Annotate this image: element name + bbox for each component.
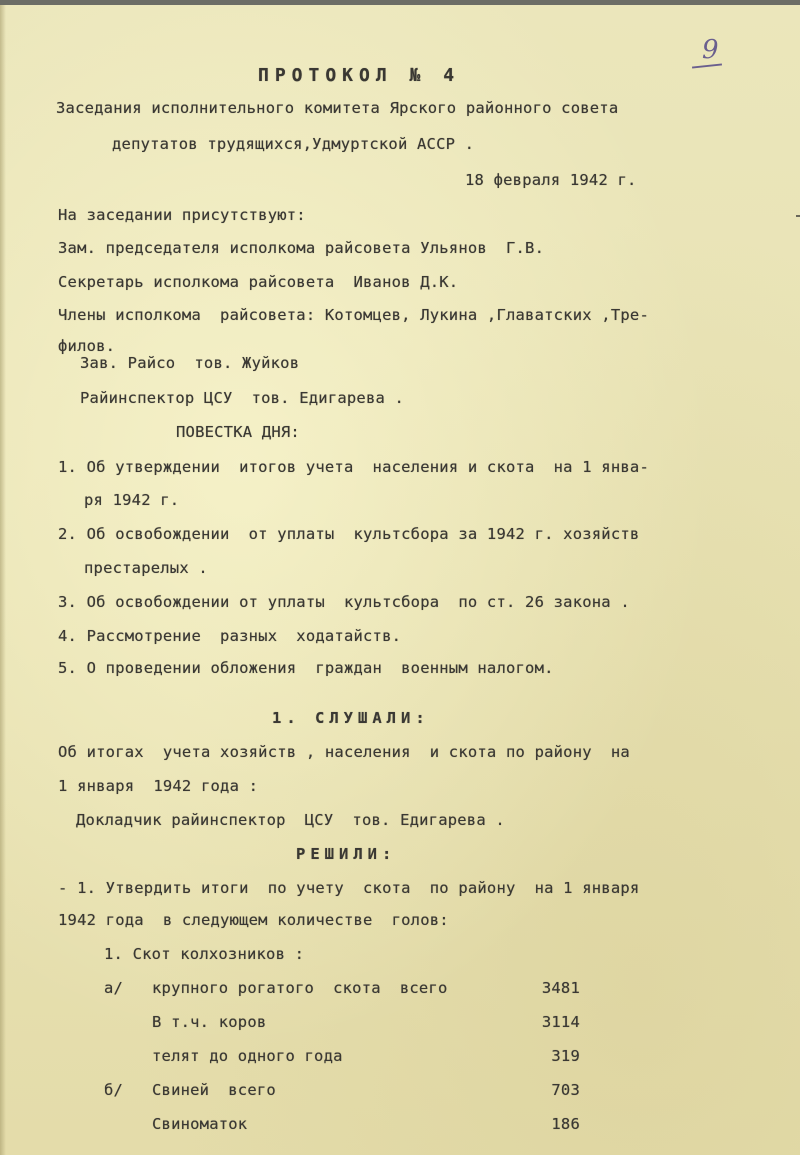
edge-mark xyxy=(796,215,800,217)
subtitle-line-2: депутатов трудящихся,Удмуртской АССР . xyxy=(112,137,474,153)
agenda-item-2: 2. Об освобождении от уплаты культсбора … xyxy=(58,527,639,543)
row-label: В т.ч. коров xyxy=(152,1015,266,1031)
protocol-title: ПРОТОКОЛ № 4 xyxy=(258,67,460,85)
agenda-item-4: 4. Рассмотрение разных ходатайств. xyxy=(58,629,401,645)
attendee-deputy-chair: Зам. председателя исполкома райсовета Ул… xyxy=(58,241,544,257)
heard-line-1: Об итогах учета хозяйств , населения и с… xyxy=(58,745,630,761)
decided-line-2: 1942 года в следующем количестве голов: xyxy=(58,913,449,929)
attendee-inspector: Райинспектор ЦСУ тов. Едигарева . xyxy=(80,391,404,407)
row-prefix: б/ xyxy=(104,1083,123,1099)
agenda-heading: ПОВЕСТКА ДНЯ: xyxy=(176,425,300,441)
attendee-members: Члены исполкома райсовета: Котомцев, Лук… xyxy=(58,308,649,324)
agenda-item-3: 3. Об освобождении от уплаты культсбора … xyxy=(58,595,630,611)
heard-line-2: 1 января 1942 года : xyxy=(58,779,258,795)
row-label: Свиней всего xyxy=(152,1083,276,1099)
meeting-date: 18 февраля 1942 г. xyxy=(465,173,637,189)
document-page: 9 ПРОТОКОЛ № 4 Заседания исполнительного… xyxy=(0,0,800,1155)
row-value: 186 xyxy=(520,1117,580,1133)
heard-heading: 1. СЛУШАЛИ: xyxy=(272,711,430,727)
agenda-item-5: 5. О проведении обложения граждан военны… xyxy=(58,661,554,677)
row-label: Свиноматок xyxy=(152,1117,247,1133)
row-label: телят до одного года xyxy=(152,1049,343,1065)
attendee-secretary: Секретарь исполкома райсовета Иванов Д.К… xyxy=(58,275,458,291)
attendee-raiso: Зав. Райсо тов. Жуйков xyxy=(80,356,299,372)
row-prefix: а/ xyxy=(104,981,123,997)
heard-reporter: Докладчик райинспектор ЦСУ тов. Едигарев… xyxy=(76,813,505,829)
subtitle-line-1: Заседания исполнительного комитета Ярско… xyxy=(56,101,618,117)
row-value: 3114 xyxy=(520,1015,580,1031)
folio-number: 9 xyxy=(702,35,719,65)
attendance-heading: На заседании присутствуют: xyxy=(58,208,306,224)
row-value: 3481 xyxy=(520,981,580,997)
page-edge-shadow xyxy=(0,5,6,1155)
attendee-members-cont: филов. xyxy=(58,339,115,355)
row-value: 703 xyxy=(520,1083,580,1099)
agenda-item-2-cont: престарелых . xyxy=(84,561,208,577)
agenda-item-1: 1. Об утверждении итогов учета населения… xyxy=(58,460,649,476)
agenda-item-1-cont: ря 1942 г. xyxy=(84,493,179,509)
row-label: крупного рогатого скота всего xyxy=(152,981,448,997)
decided-heading: РЕШИЛИ: xyxy=(296,847,396,863)
folio-underline xyxy=(692,63,722,68)
decided-line-1: - 1. Утвердить итоги по учету скота по р… xyxy=(58,881,639,897)
livestock-section: 1. Скот колхозников : xyxy=(104,947,304,963)
row-value: 319 xyxy=(520,1049,580,1065)
